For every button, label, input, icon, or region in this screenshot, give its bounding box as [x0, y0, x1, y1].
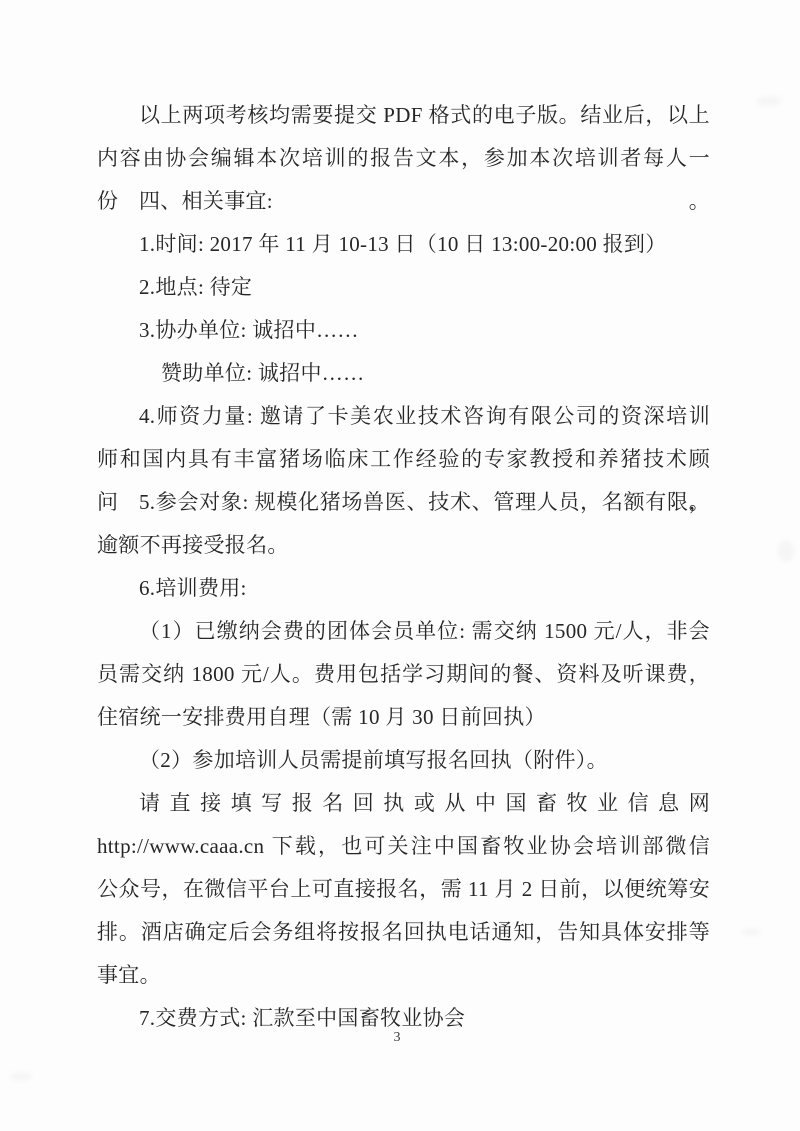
- doc-line: 逾额不再接受报名。: [97, 524, 710, 567]
- document-body: 以上两项考核均需要提交 PDF 格式的电子版。结业后，以上 内容由协会编辑本次培…: [97, 94, 710, 1040]
- doc-line-fees-heading: 6.培训费用:: [97, 567, 710, 610]
- doc-line-url: http://www.caaa.cn 下载，也可关注中国畜牧业协会培训部微信: [97, 825, 710, 868]
- doc-line: 公众号，在微信平台上可直接报名，需 11 月 2 日前，以便统筹安: [97, 868, 710, 911]
- scan-artifact: [778, 540, 794, 562]
- doc-line: 内容由协会编辑本次培训的报告文本，参加本次培训者每人一份。: [97, 137, 710, 180]
- doc-line: 以上两项考核均需要提交 PDF 格式的电子版。结业后，以上: [97, 94, 710, 137]
- doc-line-sponsor: 赞助单位: 诚招中……: [97, 352, 710, 395]
- doc-line: 排。酒店确定后会务组将按报名回执电话通知，告知具体安排等: [97, 911, 710, 954]
- doc-line: （1）已缴纳会费的团体会员单位: 需交纳 1500 元/人，非会: [97, 610, 710, 653]
- scan-artifact: [756, 96, 782, 106]
- scan-artifact: [742, 928, 760, 936]
- doc-line-location: 2.地点: 待定: [97, 266, 710, 309]
- scan-artifact: [10, 1072, 32, 1081]
- doc-line-coorganizer: 3.协办单位: 诚招中……: [97, 309, 710, 352]
- document-page: 以上两项考核均需要提交 PDF 格式的电子版。结业后，以上 内容由协会编辑本次培…: [0, 0, 800, 1131]
- doc-line: 住宿统一安排费用自理（需 10 月 30 日前回执）: [97, 696, 710, 739]
- doc-line-time: 1.时间: 2017 年 11 月 10-13 日（10 日 13:00-20:…: [97, 223, 710, 266]
- doc-line: 事宜。: [97, 954, 710, 997]
- doc-line: 师和国内具有丰富猪场临床工作经验的专家教授和养猪技术顾问。: [97, 438, 710, 481]
- doc-line: 请直接填写报名回执或从中国畜牧业信息网: [97, 782, 710, 825]
- doc-line: （2）参加培训人员需提前填写报名回执（附件）。: [97, 739, 710, 782]
- doc-line: 员需交纳 1800 元/人。费用包括学习期间的餐、资料及听课费，: [97, 653, 710, 696]
- doc-line: 4.师资力量: 邀请了卡美农业技术咨询有限公司的资深培训: [97, 395, 710, 438]
- doc-line: 5.参会对象: 规模化猪场兽医、技术、管理人员，名额有限，: [97, 481, 710, 524]
- page-number: 3: [0, 1028, 794, 1048]
